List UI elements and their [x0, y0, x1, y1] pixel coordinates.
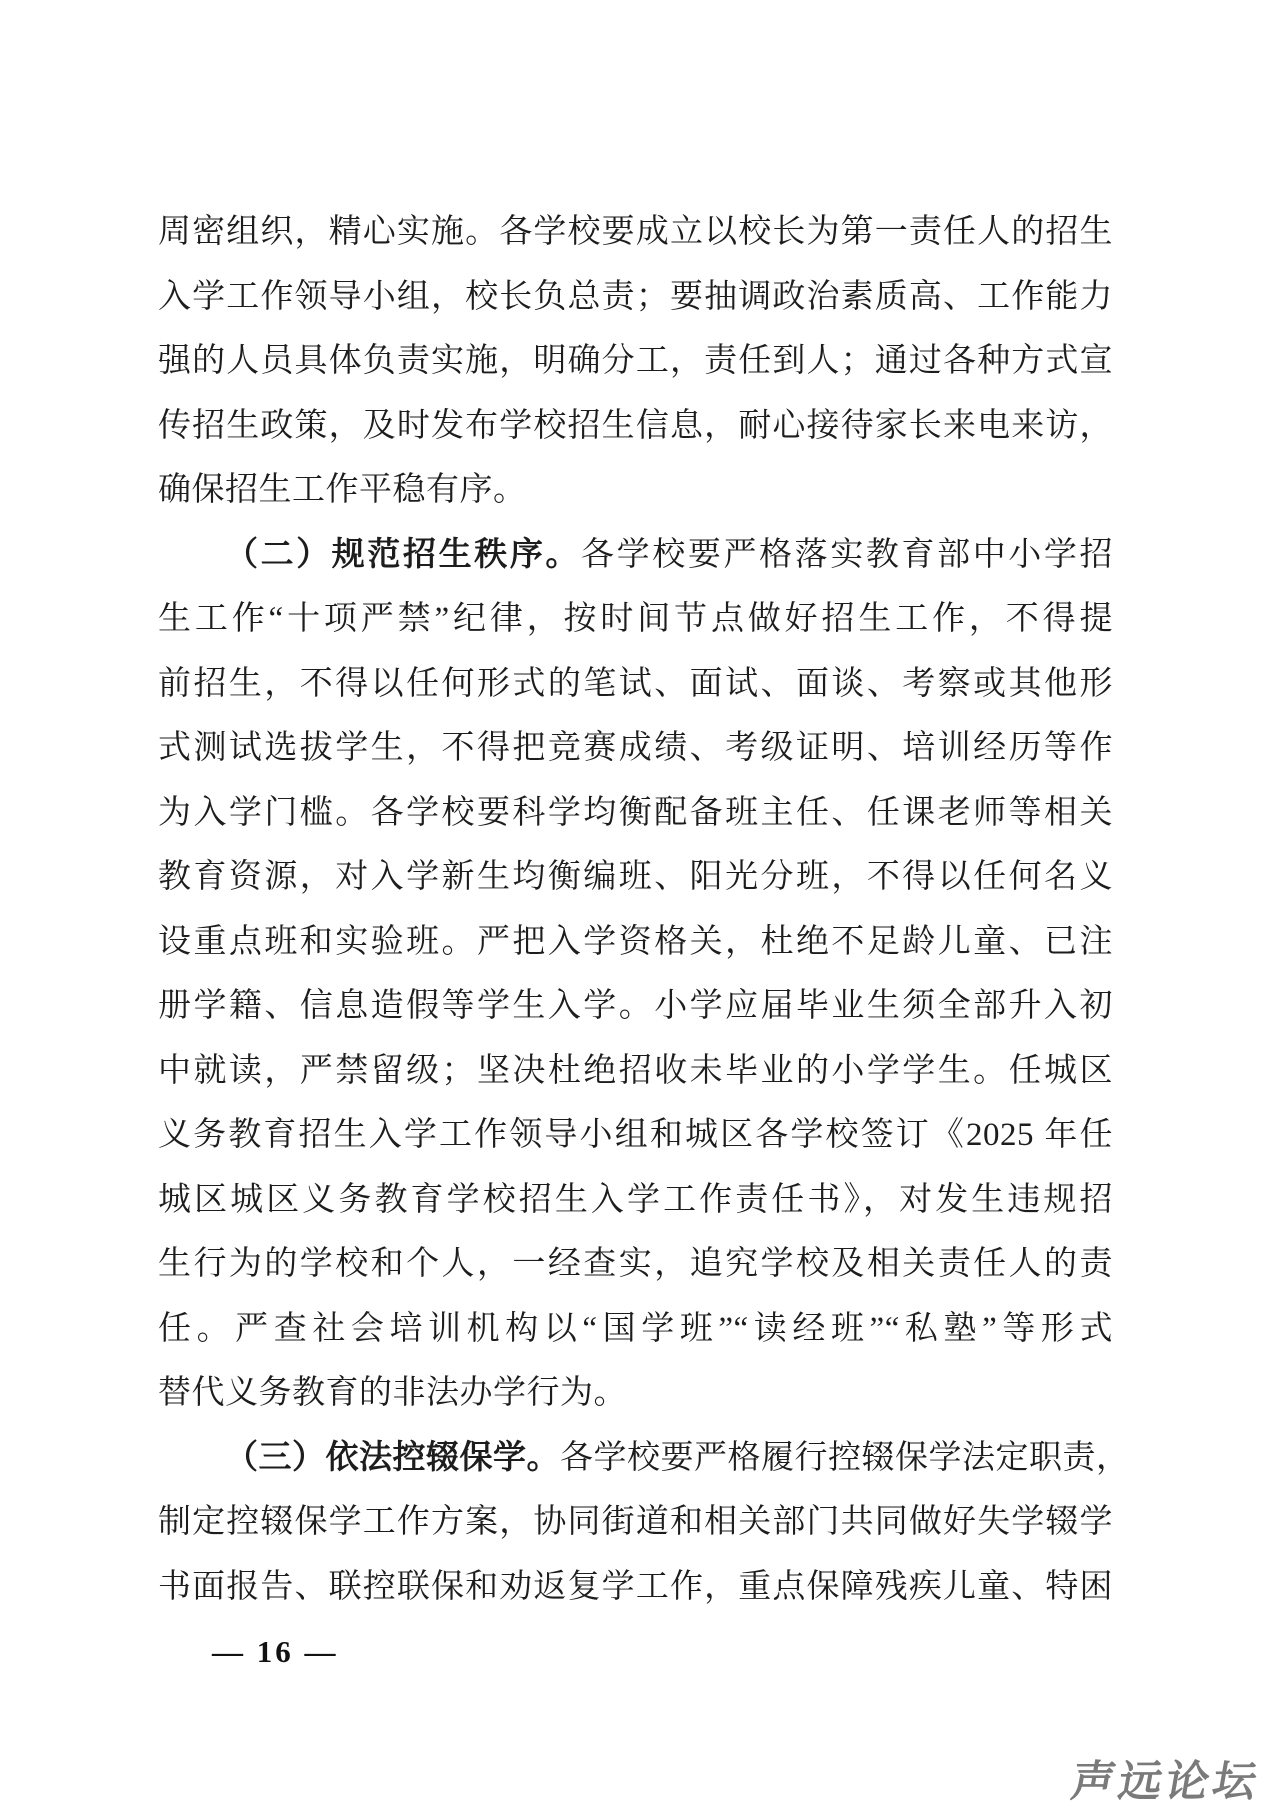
body-segment: 各学校要严格履行控辍保学法定职责， — [560, 1440, 1130, 1476]
text-line: 设重点班和实验班。严把入学资格关，杜绝不足龄儿童、已注 — [158, 910, 1113, 975]
body-segment: 周密组织，精心实施。各学校要成立以校长为第一责任人的招生 — [158, 214, 1113, 250]
text-line: 书面报告、联控联保和劝返复学工作，重点保障残疾儿童、特困 — [158, 1555, 1113, 1620]
body-segment: 替代义务教育的非法办学行为。 — [158, 1375, 627, 1411]
text-line: 教育资源，对入学新生均衡编班、阳光分班，不得以任何名义 — [158, 845, 1113, 910]
text-line: 周密组织，精心实施。各学校要成立以校长为第一责任人的招生 — [158, 200, 1113, 265]
document-page: 周密组织，精心实施。各学校要成立以校长为第一责任人的招生入学工作领导小组，校长负… — [0, 0, 1280, 1810]
text-line: 强的人员具体负责实施，明确分工，责任到人；通过各种方式宣 — [158, 329, 1113, 394]
page-number: — 16 — — [212, 1632, 339, 1672]
body-segment: 强的人员具体负责实施，明确分工，责任到人；通过各种方式宣 — [158, 343, 1113, 379]
text-line: 传招生政策，及时发布学校招生信息，耐心接待家长来电来访， — [158, 394, 1113, 459]
body-segment: 义务教育招生入学工作领导小组和城区各学校签订《2025 年任 — [158, 1117, 1113, 1153]
text-line: 册学籍、信息造假等学生入学。小学应届毕业生须全部升入初 — [158, 974, 1113, 1039]
body-segment: 传招生政策，及时发布学校招生信息，耐心接待家长来电来访， — [158, 408, 1113, 444]
body-segment: 册学籍、信息造假等学生入学。小学应届毕业生须全部升入初 — [158, 988, 1113, 1024]
body-segment: 生工作“十项严禁”纪律，按时间节点做好招生工作，不得提 — [158, 601, 1113, 637]
body-segment: 书面报告、联控联保和劝返复学工作，重点保障残疾儿童、特困 — [158, 1569, 1113, 1605]
body-segment: 任。严查社会培训机构以“国学班”“读经班”“私塾”等形式 — [158, 1311, 1113, 1347]
text-line: 前招生，不得以任何形式的笔试、面试、面谈、考察或其他形 — [158, 652, 1113, 717]
text-line: 制定控辍保学工作方案，协同街道和相关部门共同做好失学辍学 — [158, 1490, 1113, 1555]
text-line: 义务教育招生入学工作领导小组和城区各学校签订《2025 年任 — [158, 1103, 1113, 1168]
text-line: 城区城区义务教育学校招生入学工作责任书》，对发生违规招 — [158, 1168, 1113, 1233]
body-segment: 前招生，不得以任何形式的笔试、面试、面谈、考察或其他形 — [158, 666, 1113, 702]
body-segment: 教育资源，对入学新生均衡编班、阳光分班，不得以任何名义 — [158, 859, 1113, 895]
body-segment: 中就读，严禁留级；坚决杜绝招收未毕业的小学学生。任城区 — [158, 1053, 1113, 1089]
body-segment: 制定控辍保学工作方案，协同街道和相关部门共同做好失学辍学 — [158, 1504, 1113, 1540]
body-segment: 城区城区义务教育学校招生入学工作责任书》，对发生违规招 — [158, 1182, 1113, 1218]
body-segment: 入学工作领导小组，校长负总责；要抽调政治素质高、工作能力 — [158, 279, 1113, 315]
text-line: 生行为的学校和个人，一经查实，追究学校及相关责任人的责 — [158, 1232, 1113, 1297]
text-line: 生工作“十项严禁”纪律，按时间节点做好招生工作，不得提 — [158, 587, 1113, 652]
text-line: （二）规范招生秩序。各学校要严格落实教育部中小学招 — [158, 523, 1113, 588]
body-segment: 生行为的学校和个人，一经查实，追究学校及相关责任人的责 — [158, 1246, 1113, 1282]
text-line: 任。严查社会培训机构以“国学班”“读经班”“私塾”等形式 — [158, 1297, 1113, 1362]
body-segment: 设重点班和实验班。严把入学资格关，杜绝不足龄儿童、已注 — [158, 924, 1113, 960]
watermark-logo: 声远论坛 — [1068, 1759, 1264, 1805]
text-line: 中就读，严禁留级；坚决杜绝招收未毕业的小学学生。任城区 — [158, 1039, 1113, 1104]
heading-segment: （二）规范招生秩序。 — [225, 537, 581, 573]
body-segment: 为入学门槛。各学校要科学均衡配备班主任、任课老师等相关 — [158, 795, 1113, 831]
document-body: 周密组织，精心实施。各学校要成立以校长为第一责任人的招生入学工作领导小组，校长负… — [158, 200, 1113, 1619]
body-segment: 式测试选拔学生，不得把竞赛成绩、考级证明、培训经历等作 — [158, 730, 1113, 766]
text-line: 式测试选拔学生，不得把竞赛成绩、考级证明、培训经历等作 — [158, 716, 1113, 781]
text-line: 替代义务教育的非法办学行为。 — [158, 1361, 1113, 1426]
text-line: 入学工作领导小组，校长负总责；要抽调政治素质高、工作能力 — [158, 265, 1113, 330]
body-segment: 确保招生工作平稳有序。 — [158, 472, 527, 508]
heading-segment: （三）依法控辍保学。 — [225, 1440, 560, 1476]
text-line: （三）依法控辍保学。各学校要严格履行控辍保学法定职责， — [158, 1426, 1113, 1491]
text-line: 为入学门槛。各学校要科学均衡配备班主任、任课老师等相关 — [158, 781, 1113, 846]
text-line: 确保招生工作平稳有序。 — [158, 458, 1113, 523]
body-segment: 各学校要严格落实教育部中小学招 — [581, 537, 1113, 573]
